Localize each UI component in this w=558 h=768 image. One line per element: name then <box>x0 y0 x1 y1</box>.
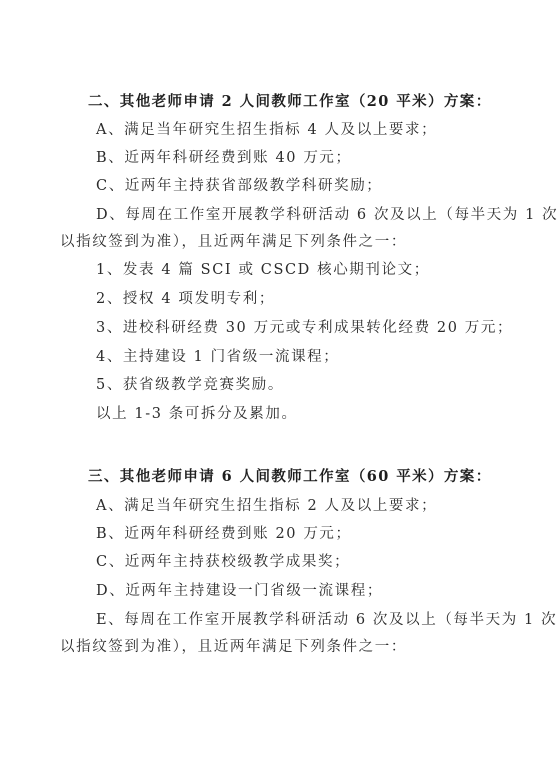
section-3-item-b: B、近两年科研经费到账 20 万元； <box>96 525 352 543</box>
section-2-condition-4: 4、主持建设 1 门省级一流课程； <box>96 348 339 366</box>
section-3-item-a: A、满足当年研究生招生指标 2 人及以上要求； <box>96 497 437 515</box>
section-2-condition-3: 3、进校科研经费 30 万元或专利成果转化经费 20 万元； <box>96 319 513 337</box>
section-2-item-d: D、每周在工作室开展教学科研活动 6 次及以上（每半天为 1 次， <box>96 206 558 224</box>
section-2-condition-2: 2、授权 4 项发明专利； <box>96 290 275 308</box>
section-2-item-d-continuation: 以指纹签到为准），且近两年满足下列条件之一： <box>60 233 407 251</box>
section-2-condition-1: 1、发表 4 篇 SCI 或 CSCD 核心期刊论文； <box>96 261 430 279</box>
section-3-item-d: D、近两年主持建设一门省级一流课程； <box>96 582 383 600</box>
section-3-item-e: E、每周在工作室开展教学科研活动 6 次及以上（每半天为 1 次， <box>96 611 558 629</box>
section-3-heading: 三、其他老师申请 6 人间教师工作室（60 平米）方案： <box>88 468 492 486</box>
section-2-item-a: A、满足当年研究生招生指标 4 人及以上要求； <box>96 121 437 139</box>
section-2-heading: 二、其他老师申请 2 人间教师工作室（20 平米）方案： <box>88 93 492 111</box>
section-3-item-c: C、近两年主持获校级教学成果奖； <box>96 553 350 571</box>
section-3-item-e-continuation: 以指纹签到为准），且近两年满足下列条件之一： <box>60 638 407 656</box>
section-2-condition-5: 5、获省级教学竞赛奖励。 <box>96 376 284 394</box>
section-2-note: 以上 1-3 条可拆分及累加。 <box>96 405 298 423</box>
section-2-item-c: C、近两年主持获省部级教学科研奖励； <box>96 177 382 195</box>
section-2-item-b: B、近两年科研经费到账 40 万元； <box>96 149 352 167</box>
